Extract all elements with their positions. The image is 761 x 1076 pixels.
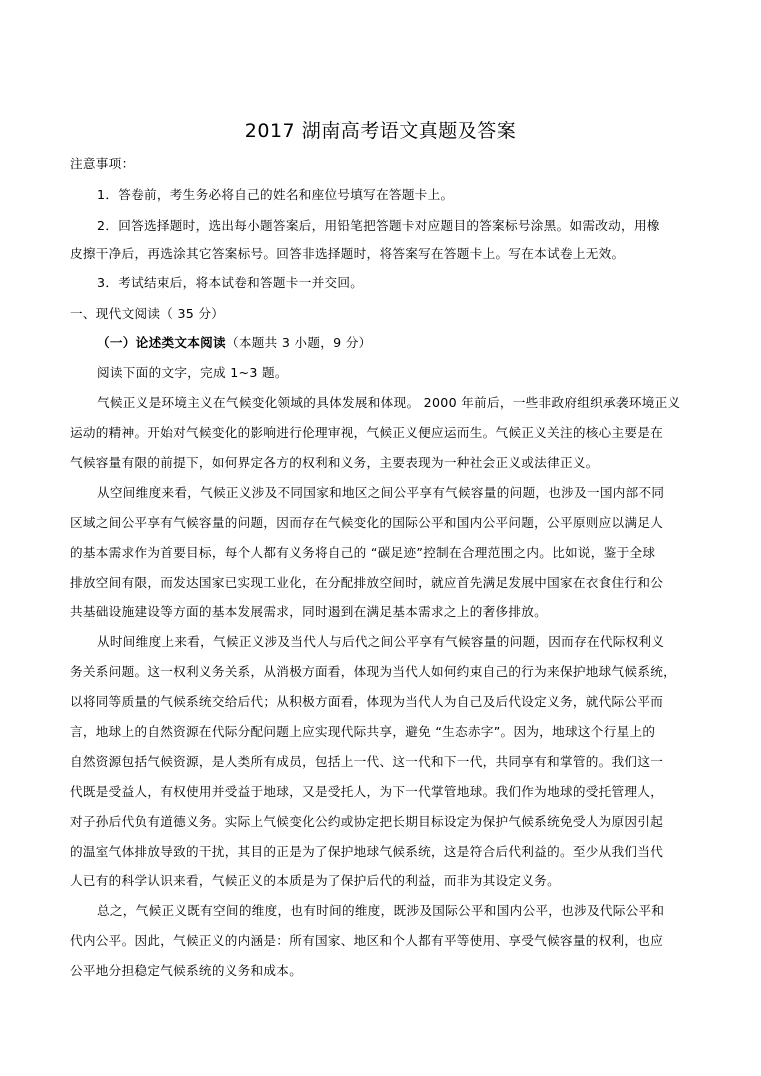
notice-item: 皮擦干净后，再选涂其它答案标号。回答非选择题时，将答案写在答题卡上。写在本试卷上…	[70, 246, 695, 262]
paragraph-line: 气候容量有限的前提下，如何界定各方的权利和义务，主要表现为一种社会正义或法律正义…	[70, 455, 695, 471]
paragraph-line: 以将同等质量的气候系统交给后代；从积极方面看，体现为当代人为自己及后代设定义务，…	[70, 694, 695, 710]
paragraph-line: 自然资源包括气候资源，是人类所有成员，包括上一代、这一代和下一代，共同享有和掌管…	[70, 754, 695, 770]
notice-item: 1．答卷前，考生务必将自己的姓名和座位号填写在答题卡上。	[97, 187, 722, 203]
paragraph-line: 代既是受益人，有权使用并受益于地球，又是受托人，为下一代掌管地球。我们作为地球的…	[70, 784, 695, 800]
page-title: 2017 湖南高考语文真题及答案	[0, 116, 761, 143]
notice-item: 2．回答选择题时，选出每小题答案后，用铅笔把答题卡对应题目的答案标号涂黑。如需改…	[97, 218, 722, 234]
paragraph-line: 运动的精神。开始对气候变化的影响进行伦理审视，气候正义便应运而生。气候正义关注的…	[70, 425, 695, 441]
subsection-info: （本题共 3 小题，9 分）	[226, 335, 372, 350]
paragraph-line: 言，地球上的自然资源在代际分配问题上应实现代际共享，避免 “生态赤字”。因为，地…	[70, 724, 695, 740]
paragraph-line: 代内公平。因此，气候正义的内涵是：所有国家、地区和个人都有平等使用、享受气候容量…	[70, 933, 695, 949]
subsection-heading: （一）论述类文本阅读（本题共 3 小题，9 分）	[97, 335, 722, 351]
paragraph-line: 共基础设施建设等方面的基本发展需求，同时遏到在满足基本需求之上的奢侈排放。	[70, 604, 695, 620]
paragraph-line: 对子孙后代负有道德义务。实际上气候变化公约或协定把长期目标设定为保护气候系统免受…	[70, 814, 695, 830]
paragraph-line: 的温室气体排放导致的干扰，其目的正是为了保护地球气候系统，这是符合后代利益的。至…	[70, 844, 695, 860]
document-page: 2017 湖南高考语文真题及答案 注意事项： 1．答卷前，考生务必将自己的姓名和…	[0, 0, 761, 1076]
paragraph-line: 排放空间有限，而发达国家已实现工业化，在分配排放空间时，就应首先满足发展中国家在…	[70, 575, 695, 591]
paragraph-line: 从时间维度上来看，气候正义涉及当代人与后代之间公平享有气候容量的问题，因而存在代…	[97, 634, 722, 650]
notice-item: 3．考试结束后，将本试卷和答题卡一并交回。	[97, 275, 722, 291]
section-heading: 一、现代文阅读（ 35 分）	[70, 306, 695, 322]
notice-heading: 注意事项：	[70, 156, 695, 172]
instruction: 阅读下面的文字，完成 1~3 题。	[97, 365, 722, 381]
paragraph-line: 的基本需求作为首要目标，每个人都有义务将自己的 “碳足迹”控制在合理范围之内。比…	[70, 545, 695, 561]
paragraph-line: 人已有的科学认识来看，气候正义的本质是为了保护后代的利益，而非为其设定义务。	[70, 873, 695, 889]
subsection-label: （一）论述类文本阅读	[97, 335, 226, 350]
paragraph-line: 总之，气候正义既有空间的维度，也有时间的维度，既涉及国际公平和国内公平，也涉及代…	[97, 903, 722, 919]
paragraph-line: 公平地分担稳定气候系统的义务和成本。	[70, 963, 695, 979]
paragraph-line: 务关系问题。这一权利义务关系，从消极方面看，体现为当代人如何约束自己的行为来保护…	[70, 664, 695, 680]
paragraph-line: 气候正义是环境主义在气候变化领域的具体发展和体现。 2000 年前后，一些非政府…	[97, 395, 722, 411]
paragraph-line: 区域之间公平享有气候容量的问题，因而存在气候变化的国际公平和国内公平问题，公平原…	[70, 515, 695, 531]
paragraph-line: 从空间维度来看，气候正义涉及不同国家和地区之间公平享有气候容量的问题，也涉及一国…	[97, 485, 722, 501]
